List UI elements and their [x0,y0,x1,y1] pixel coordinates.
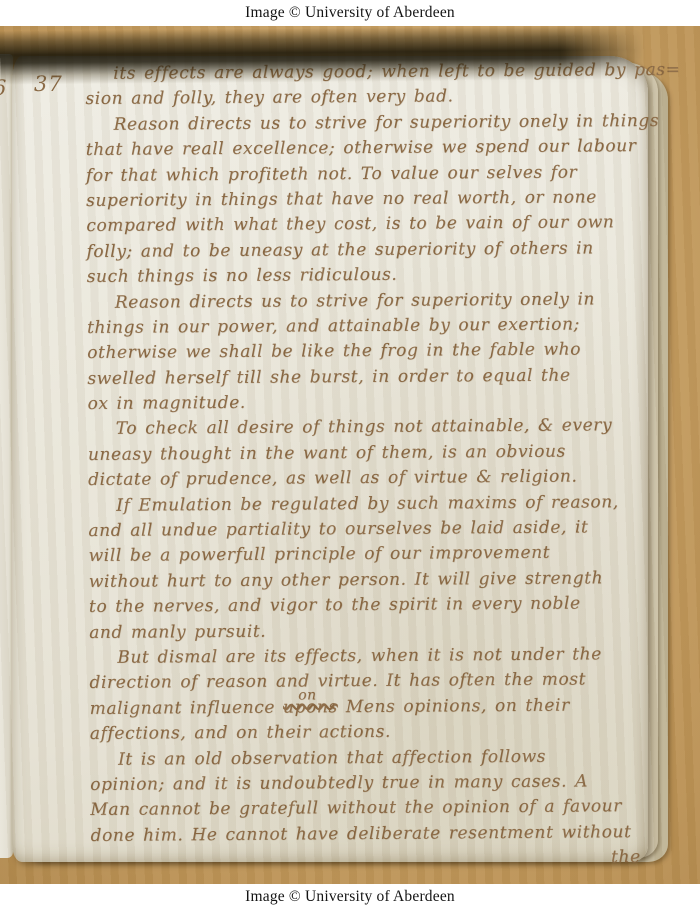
manuscript-line: direction of reason and virtue. It has o… [89,667,645,696]
manuscript-line: superiority in things that have no real … [86,185,642,214]
manuscript-line: its effects are always good; when left t… [85,58,641,87]
copyright-caption-top-text: Image © University of Aberdeen [245,4,455,22]
struck-word: uponson [283,697,338,717]
page-number: 37 [34,72,63,96]
manuscript-line: otherwise we shall be like the frog in t… [87,337,643,366]
manuscript-page: 37 its effects are always good; when lef… [12,56,648,862]
catchword: the [91,845,647,874]
manuscript-line: dictate of prudence, as well as of virtu… [88,464,644,493]
manuscript-line: malignant influence uponson Mens opinion… [90,693,646,722]
manuscript-line: to the nerves, and vigor to the spirit i… [89,591,645,620]
manuscript-line: opinion; and it is undoubtedly true in m… [90,769,646,798]
manuscript-line: for that which profiteth not. To value o… [86,160,642,189]
manuscript-line: will be a powerfull principle of our imp… [89,540,645,569]
manuscript-scan: 6 37 its effects are always good; when l… [0,26,700,884]
manuscript-line: without hurt to any other person. It wil… [89,566,645,595]
copyright-caption-bottom: Image © University of Aberdeen [0,884,700,910]
line-segment: Mens opinions, on their [338,695,570,717]
line-segment: malignant influence [90,697,283,718]
manuscript-line: uneasy thought in the want of them, is a… [88,439,644,468]
manuscript-line: and all undue partiality to ourselves be… [88,515,644,544]
manuscript-line: folly; and to be uneasy at the superiori… [86,236,642,265]
manuscript-line: that have reall excellence; otherwise we… [86,134,642,163]
manuscript-line: affections, and on their actions. [90,718,646,747]
manuscript-line: It is an old observation that affection … [90,744,646,773]
manuscript-line: To check all desire of things not attain… [88,414,644,443]
handwritten-text: its effects are always good; when left t… [85,58,647,874]
inserted-correction: on [298,683,316,709]
manuscript-line: done him. He cannot have deliberate rese… [90,820,646,849]
copyright-caption-top: Image © University of Aberdeen [0,0,700,26]
copyright-caption-bottom-text: Image © University of Aberdeen [245,888,455,906]
manuscript-line: Reason directs us to strive for superior… [87,287,643,316]
manuscript-line: compared with what they cost, is to be v… [86,210,642,239]
manuscript-line: such things is no less ridiculous. [87,261,643,290]
screenshot-root: Image © University of Aberdeen 6 37 its … [0,0,700,910]
manuscript-line: Reason directs us to strive for superior… [86,109,642,138]
manuscript-line: Man cannot be gratefull without the opin… [90,794,646,823]
facing-page-number: 6 [0,76,6,100]
manuscript-line: ox in magnitude. [87,388,643,417]
manuscript-line: and manly pursuit. [89,617,645,646]
manuscript-line: things in our power, and attainable by o… [87,312,643,341]
manuscript-line: But dismal are its effects, when it is n… [89,642,645,671]
manuscript-line: If Emulation be regulated by such maxims… [88,490,644,519]
manuscript-line: swelled herself till she burst, in order… [87,363,643,392]
manuscript-line: sion and folly, they are often very bad. [85,83,641,112]
